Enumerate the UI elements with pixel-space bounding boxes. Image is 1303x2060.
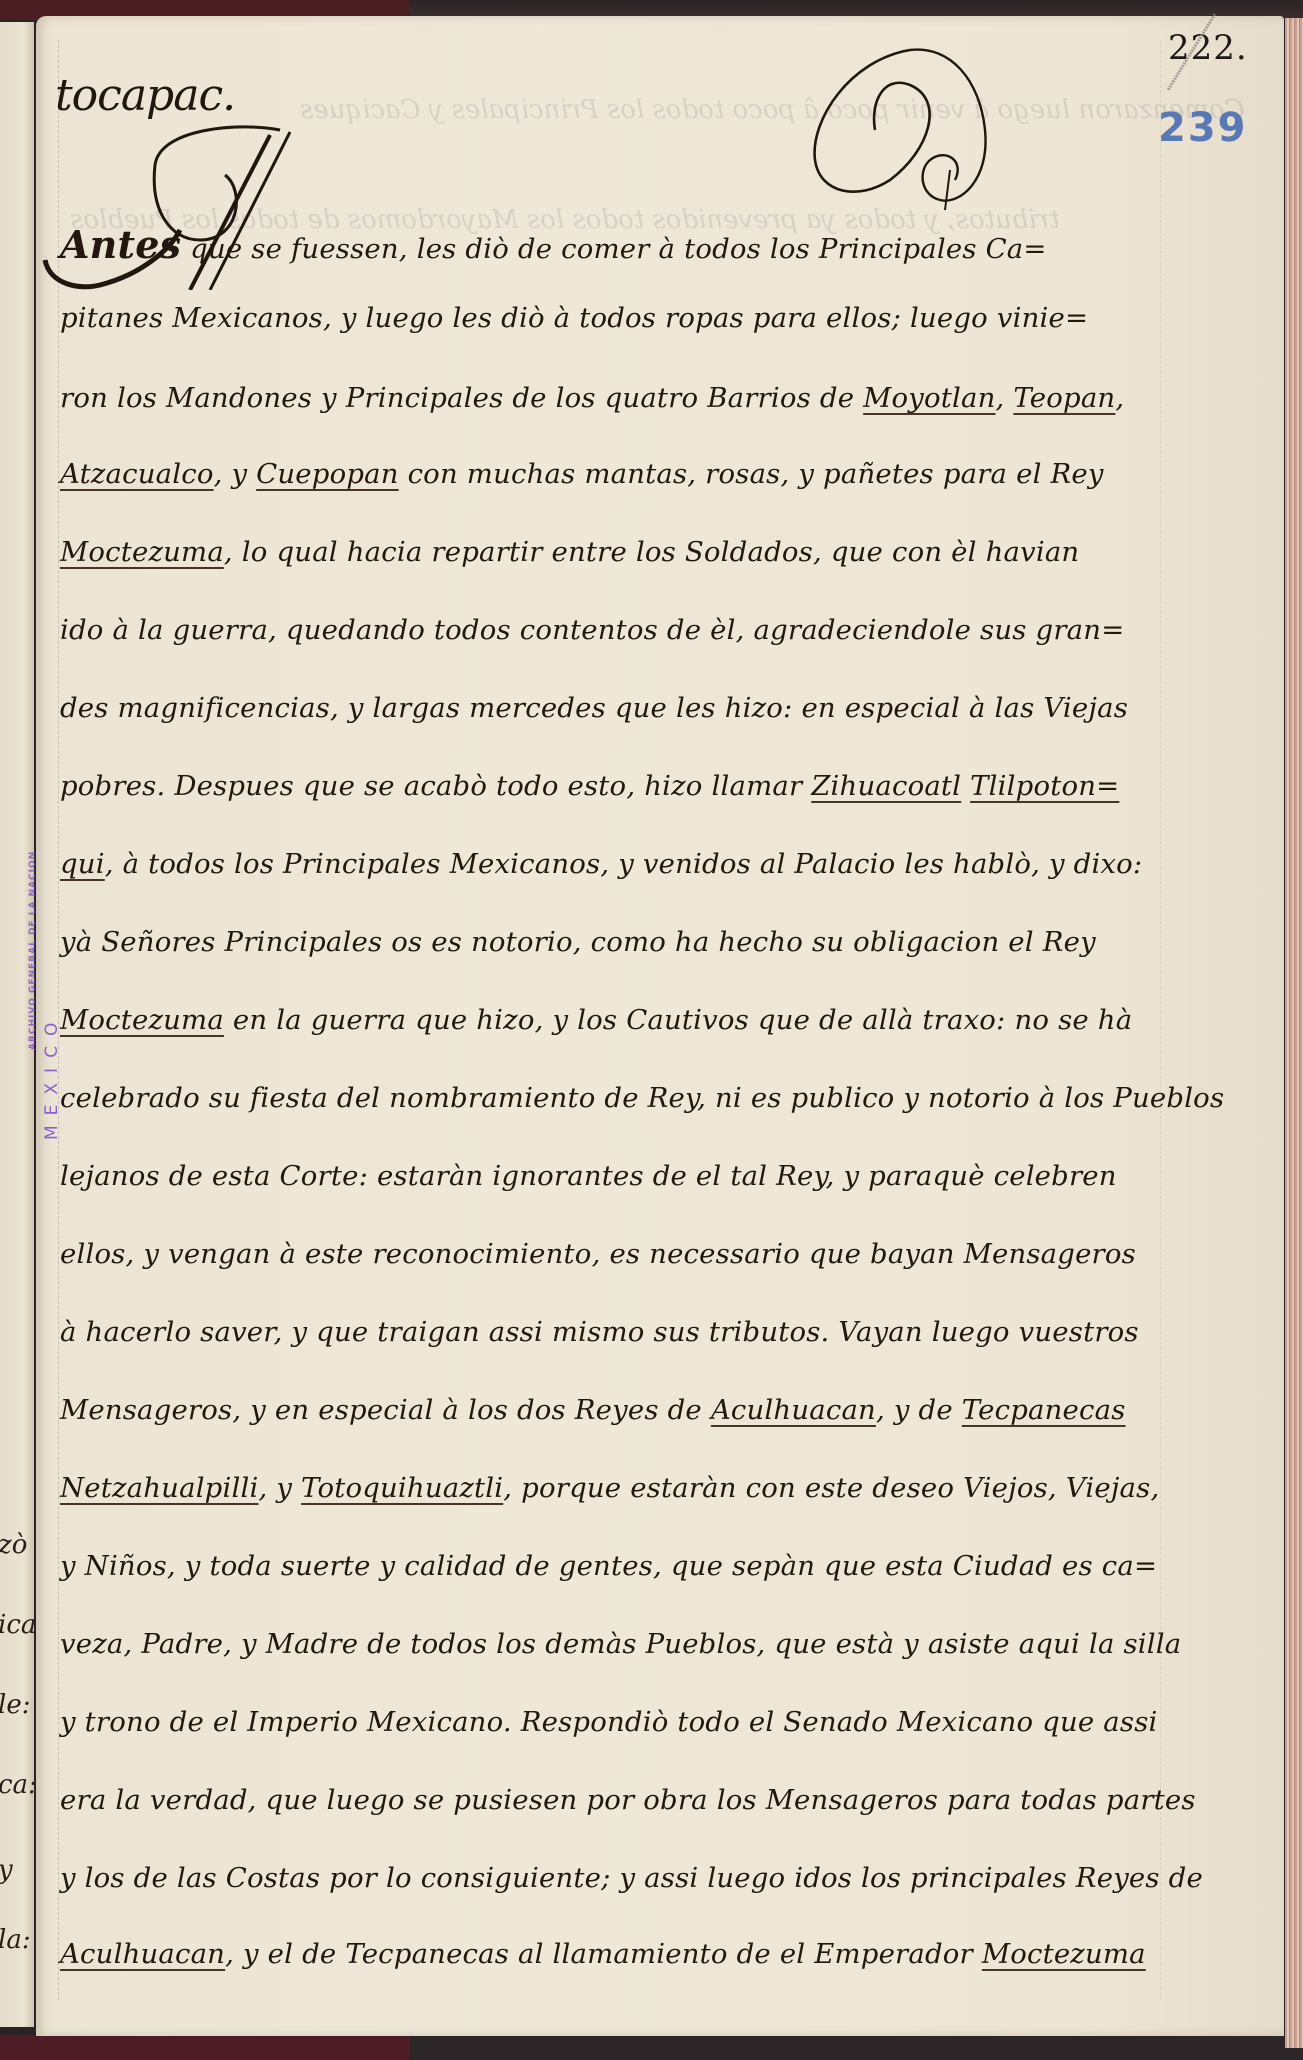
underlined-proper-name: Aculhuacan (60, 1938, 225, 1970)
line-text: , (1115, 382, 1124, 414)
underlined-proper-name: Moctezuma (982, 1938, 1146, 1970)
archive-stamp-name: ARCHIVO GENERAL DE LA NACION (28, 851, 38, 1050)
line-text: era la verdad, que luego se pusiesen por… (60, 1784, 1196, 1816)
archive-folio-number: 239 (1158, 105, 1248, 151)
manuscript-line: pitanes Mexicanos, y luego les diò à tod… (60, 302, 1160, 334)
line-text: , porque estaràn con este deseo Viejos, … (503, 1472, 1159, 1504)
manuscript-line: y los de las Costas por lo consiguiente;… (60, 1862, 1160, 1894)
line-text: ido à la guerra, quedando todos contento… (60, 614, 1124, 646)
line-text: , y (214, 458, 257, 490)
manuscript-line: des magnificencias, y largas mercedes qu… (60, 692, 1160, 724)
manuscript-line: ellos, y vengan à este reconocimiento, e… (60, 1238, 1160, 1270)
underlined-proper-name: Moyotlan (863, 382, 995, 414)
line-text: , y el de Tecpanecas al llamamiento de e… (225, 1938, 982, 1970)
line-text: en la guerra que hizo, y los Cautivos qu… (224, 1004, 1132, 1036)
line-text: , (996, 382, 1014, 414)
line-text: y trono de el Imperio Mexicano. Respondi… (60, 1706, 1158, 1738)
line-text (961, 770, 970, 802)
manuscript-line: veza, Padre, y Madre de todos los demàs … (60, 1628, 1160, 1660)
line-text: y los de las Costas por lo consiguiente;… (60, 1862, 1203, 1894)
manuscript-line: à hacerlo saver, y que traigan assi mism… (60, 1316, 1160, 1348)
line-text: que se fuessen, les diò de comer à todos… (181, 233, 1046, 265)
facing-page-fragment: ica: (0, 1610, 34, 1640)
book-binding-bottom (0, 2035, 1303, 2060)
binding-red-cloth (0, 2035, 410, 2060)
line-text: , y (258, 1472, 301, 1504)
facing-page-fragment: zò (0, 1530, 27, 1560)
underlined-proper-name: qui (60, 848, 105, 880)
pencil-strike-mark (1160, 12, 1220, 92)
manuscript-line: ido à la guerra, quedando todos contento… (60, 614, 1160, 646)
manuscript-line: qui, à todos los Principales Mexicanos, … (60, 848, 1160, 880)
manuscript-line: celebrado su fiesta del nombramiento de … (60, 1082, 1160, 1114)
line-text: , y de (876, 1394, 962, 1426)
manuscript-line: Moctezuma en la guerra que hizo, y los C… (60, 1004, 1160, 1036)
manuscript-line: Mensageros, y en especial à los dos Reye… (60, 1394, 1160, 1426)
underlined-proper-name: Teopan (1013, 382, 1115, 414)
line-text: celebrado su fiesta del nombramiento de … (60, 1082, 1224, 1114)
archive-stamp-country: MEXICO (42, 1013, 62, 1140)
manuscript-line: yà Señores Principales os es notorio, co… (60, 926, 1160, 958)
line-text: pobres. Despues que se acabò todo esto, … (60, 770, 811, 802)
line-text: yà Señores Principales os es notorio, co… (60, 926, 1096, 958)
manuscript-line: lejanos de esta Corte: estaràn ignorante… (60, 1160, 1160, 1192)
line-text: ron los Mandones y Principales de los qu… (60, 382, 863, 414)
underlined-proper-name: Zihuacoatl (811, 770, 961, 802)
manuscript-line: y Niños, y toda suerte y calidad de gent… (60, 1550, 1160, 1582)
line-text: lejanos de esta Corte: estaràn ignorante… (60, 1160, 1117, 1192)
manuscript-line: Moctezuma, lo qual hacia repartir entre … (60, 536, 1160, 568)
underlined-proper-name: Atzacualco (60, 458, 214, 490)
manuscript-line: Aculhuacan, y el de Tecpanecas al llamam… (60, 1938, 1160, 1970)
underlined-proper-name: Tecpanecas (962, 1394, 1126, 1426)
underlined-proper-name: Moctezuma (60, 1004, 224, 1036)
line-text: à hacerlo saver, y que traigan assi mism… (60, 1316, 1139, 1348)
line-text: , lo qual hacia repartir entre los Solda… (224, 536, 1079, 568)
facing-page-fragment: ca: (0, 1770, 34, 1800)
line-text: Mensageros, y en especial à los dos Reye… (60, 1394, 711, 1426)
line-text: ellos, y vengan à este reconocimiento, e… (60, 1238, 1136, 1270)
line-text: Antes (60, 222, 181, 267)
underlined-proper-name: Netzahualpilli (60, 1472, 258, 1504)
manuscript-line: era la verdad, que luego se pusiesen por… (60, 1784, 1160, 1816)
bleed-through-text: Comenzaron luego â venir poco â poco tod… (300, 95, 1245, 125)
manuscript-line: Atzacualco, y Cuepopan con muchas mantas… (60, 458, 1160, 490)
line-text: pitanes Mexicanos, y luego les diò à tod… (60, 302, 1088, 334)
underlined-proper-name: Moctezuma (60, 536, 224, 568)
manuscript-line: Antes que se fuessen, les diò de comer à… (60, 222, 1160, 267)
underlined-proper-name: Totoquihuaztli (301, 1472, 503, 1504)
underlined-proper-name: Aculhuacan (711, 1394, 876, 1426)
facing-page-fragment: y (0, 1855, 13, 1885)
line-text: y Niños, y toda suerte y calidad de gent… (60, 1550, 1157, 1582)
underlined-proper-name: Tlilpoton= (970, 770, 1119, 802)
line-text: veza, Padre, y Madre de todos los demàs … (60, 1628, 1181, 1660)
right-margin-rule (1160, 40, 1162, 2000)
manuscript-line: y trono de el Imperio Mexicano. Respondi… (60, 1706, 1160, 1738)
line-text: , à todos los Principales Mexicanos, y v… (105, 848, 1143, 880)
manuscript-line: Netzahualpilli, y Totoquihuaztli, porque… (60, 1472, 1160, 1504)
line-text: con muchas mantas, rosas, y pañetes para… (399, 458, 1104, 490)
manuscript-line: pobres. Despues que se acabò todo esto, … (60, 770, 1160, 802)
underlined-proper-name: Cuepopan (256, 458, 399, 490)
page-stack-edge (1285, 18, 1303, 2048)
line-text: des magnificencias, y largas mercedes qu… (60, 692, 1128, 724)
manuscript-line: ron los Mandones y Principales de los qu… (60, 382, 1160, 414)
decorative-flourish-q-icon (790, 30, 1030, 210)
facing-page-fragment: le: (0, 1690, 30, 1720)
facing-page-fragment: la: (0, 1925, 31, 1955)
